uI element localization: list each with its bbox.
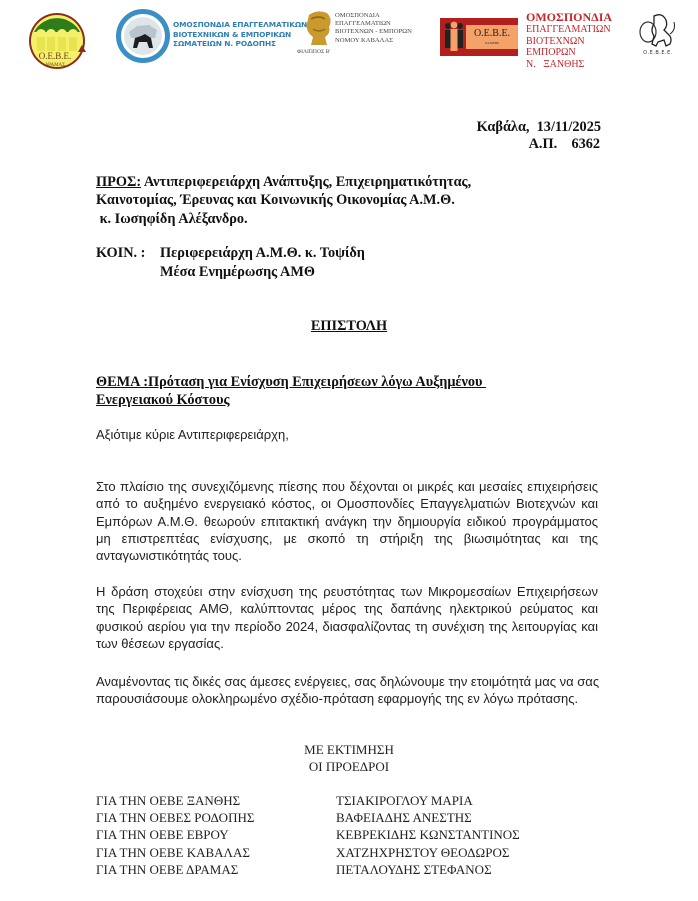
kavala-federation-logo: ΟΜΟΣΠΟΝΔΙΑ ΕΠΑΓΓΕΛΜΑΤΙΩΝ ΒΙΟΤΕΧΝΩΝ - ΕΜΠ… [295,9,430,61]
body-paragraph-2: Η δράση στοχεύει στην ενίσχυση της ρευστ… [96,583,598,652]
evros-federation-logo: Ο.Ε.Β.Ε.Ε. [636,12,680,58]
subject-line-2: Ενεργειακού Κόστους [96,391,546,409]
rodopi-federation-logo: ΟΜΟΣΠΟΝΔΙΑ ΕΠΑΓΓΕΛΜΑΤΙΚΩΝ ΒΙΟΤΕΧΝΙΚΩΝ & … [115,8,290,63]
xanthi-badge: Ο.Ε.Β.Ε. ΞΑΝΘΗΣ [440,18,518,56]
svg-text:ΔΡΑΜΑΣ: ΔΡΑΜΑΣ [45,63,65,68]
xanthi-badge-label: Ο.Ε.Β.Ε. [474,28,510,39]
recipient-line-2: Καινοτομίας, Έρευνας και Κοινωνικής Οικο… [96,191,556,209]
oebe-dramas-logo-icon: Ο.Ε.Β.Ε. ΔΡΑΜΑΣ [28,10,88,72]
place-date: Καβάλα, 13/11/2025 [477,119,601,136]
xanthi-logo-line-4: Ν. ΞΑΝΘΗΣ [526,59,612,71]
subject-block: ΘΕΜΑ :Πρόταση για Ενίσχυση Επιχειρήσεων … [96,373,546,410]
signer-row: ΓΙΑ ΤΗΝ ΟΕΒΕΣ ΡΟΔΟΠΗΣ ΒΑΦΕΙΑΔΗΣ ΑΝΕΣΤΗΣ [96,809,520,826]
xanthi-badge-sublabel: ΞΑΝΘΗΣ [466,41,518,45]
signer-org: ΓΙΑ ΤΗΝ ΟΕΒΕ ΚΑΒΑΛΑΣ [96,844,336,861]
body-paragraph-3: Αναμένοντας τις δικές σας άμεσες ενέργει… [96,673,601,708]
signer-org: ΓΙΑ ΤΗΝ ΟΕΒΕ ΔΡΑΜΑΣ [96,861,336,878]
subject-line-1: ΘΕΜΑ :Πρόταση για Ενίσχυση Επιχειρήσεων … [96,373,546,391]
signers-list: ΓΙΑ ΤΗΝ ΟΕΒΕ ΞΑΝΘΗΣ ΤΣΙΑΚΙΡΟΓΛΟΥ ΜΑΡΙΑ Γ… [96,792,520,878]
signer-org: ΓΙΑ ΤΗΝ ΟΕΒΕ ΕΒΡΟΥ [96,826,336,843]
body-paragraph-1: Στο πλαίσιο της συνεχιζόμενης πίεσης που… [96,478,598,564]
signer-row: ΓΙΑ ΤΗΝ ΟΕΒΕ ΞΑΝΘΗΣ ΤΣΙΑΚΙΡΟΓΛΟΥ ΜΑΡΙΑ [96,792,520,809]
oebe-dramas-logo: Ο.Ε.Β.Ε. ΔΡΑΜΑΣ [28,10,88,70]
signer-name: ΒΑΦΕΙΑΔΗΣ ΑΝΕΣΤΗΣ [336,809,472,826]
philip-head-icon [301,9,337,49]
xanthi-logo-line-2: ΒΙΟΤΕΧΝΩΝ [526,36,612,48]
protocol-number-line: Α.Π. 6362 [477,136,601,153]
signer-org: ΓΙΑ ΤΗΝ ΟΕΒΕ ΞΑΝΘΗΣ [96,792,336,809]
kavala-logo-line-1: ΟΜΟΣΠΟΝΔΙΑ [335,12,412,20]
recipient-line-1: Αντιπεριφερειάρχη Ανάπτυξης, Επιχειρηματ… [141,174,471,190]
kavala-logo-line-4: ΝΟΜΟΥ ΚΑΒΑΛΑΣ [335,37,412,45]
xanthi-logo-line-1: ΕΠΑΓΓΕΛΜΑΤΙΩΝ [526,24,612,36]
xanthi-federation-logo: Ο.Ε.Β.Ε. ΞΑΝΘΗΣ ΟΜΟΣΠΟΝΔΙΑ ΕΠΑΓΓΕΛΜΑΤΙΩΝ… [440,10,618,65]
cc-block: ΚΟΙΝ. : Περιφερειάρχη Α.Μ.Θ. κ. Τοψίδη Μ… [96,244,365,281]
closing-line-2: ΟΙ ΠΡΟΕΔΡΟΙ [0,758,698,775]
signer-name: ΠΕΤΑΛΟΥΔΗΣ ΣΤΕΦΑΝΟΣ [336,861,492,878]
cc-item: Μέσα Ενημέρωσης ΑΜΘ [160,263,315,282]
lion-icon [636,12,680,48]
salutation: Αξιότιμε κύριε Αντιπεριφερειάρχη, [96,427,289,442]
rodopi-logo-line-3: ΣΩΜΑΤΕΙΩΝ Ν. ΡΟΔΟΠΗΣ [173,39,307,49]
signer-row: ΓΙΑ ΤΗΝ ΟΕΒΕ ΚΑΒΑΛΑΣ ΧΑΤΖΗΧΡΗΣΤΟΥ ΘΕΟΔΩΡ… [96,844,520,861]
rodopi-logo-line-1: ΟΜΟΣΠΟΝΔΙΑ ΕΠΑΓΓΕΛΜΑΤΙΚΩΝ [173,20,307,30]
recipient-label: ΠΡΟΣ: [96,174,141,190]
closing-line-1: ΜΕ ΕΚΤΙΜΗΣΗ [0,741,698,758]
letter-title: ΕΠΙΣΤΟΛΗ [0,318,698,335]
protocol-label: Α.Π. [529,136,558,152]
rodopi-logo-line-2: ΒΙΟΤΕΧΝΙΚΩΝ & ΕΜΠΟΡΙΚΩΝ [173,30,307,40]
signer-org: ΓΙΑ ΤΗΝ ΟΕΒΕΣ ΡΟΔΟΠΗΣ [96,809,336,826]
cc-label: ΚΟΙΝ. : [96,244,160,263]
kavala-logo-line-2: ΕΠΑΓΓΕΛΜΑΤΙΩΝ [335,20,412,28]
kavala-logo-caption: ΦΙΛΙΠΠΟΣ Β' [297,49,330,55]
kavala-logo-line-3: ΒΙΟΤΕΧΝΩΝ - ΕΜΠΟΡΩΝ [335,28,412,36]
recipient-line-3: κ. Ιωσηφίδη Αλέξανδρο. [96,210,556,228]
protocol-number: 6362 [571,136,600,152]
signer-name: ΧΑΤΖΗΧΡΗΣΤΟΥ ΘΕΟΔΩΡΟΣ [336,844,509,861]
svg-text:Ο.Ε.Β.Ε.: Ο.Ε.Β.Ε. [39,51,72,61]
closing-block: ΜΕ ΕΚΤΙΜΗΣΗ ΟΙ ΠΡΟΕΔΡΟΙ [0,741,698,775]
signer-name: ΤΣΙΑΚΙΡΟΓΛΟΥ ΜΑΡΙΑ [336,792,473,809]
people-icon [442,20,466,54]
recipient-block: ΠΡΟΣ: Αντιπεριφερειάρχη Ανάπτυξης, Επιχε… [96,173,556,228]
xanthi-logo-title: ΟΜΟΣΠΟΝΔΙΑ [526,10,612,24]
date-protocol-block: Καβάλα, 13/11/2025 Α.Π. 6362 [477,119,601,153]
rodopi-seal-icon [115,8,171,64]
cc-item: Περιφερειάρχη Α.Μ.Θ. κ. Τοψίδη [160,244,365,263]
signer-row: ΓΙΑ ΤΗΝ ΟΕΒΕ ΕΒΡΟΥ ΚΕΒΡΕΚΙΔΗΣ ΚΩΝΣΤΑΝΤΙΝ… [96,826,520,843]
signer-name: ΚΕΒΡΕΚΙΔΗΣ ΚΩΝΣΤΑΝΤΙΝΟΣ [336,826,520,843]
evros-logo-caption: Ο.Ε.Β.Ε.Ε. [636,50,680,56]
xanthi-logo-line-3: ΕΜΠΟΡΩΝ [526,47,612,59]
signer-row: ΓΙΑ ΤΗΝ ΟΕΒΕ ΔΡΑΜΑΣ ΠΕΤΑΛΟΥΔΗΣ ΣΤΕΦΑΝΟΣ [96,861,520,878]
